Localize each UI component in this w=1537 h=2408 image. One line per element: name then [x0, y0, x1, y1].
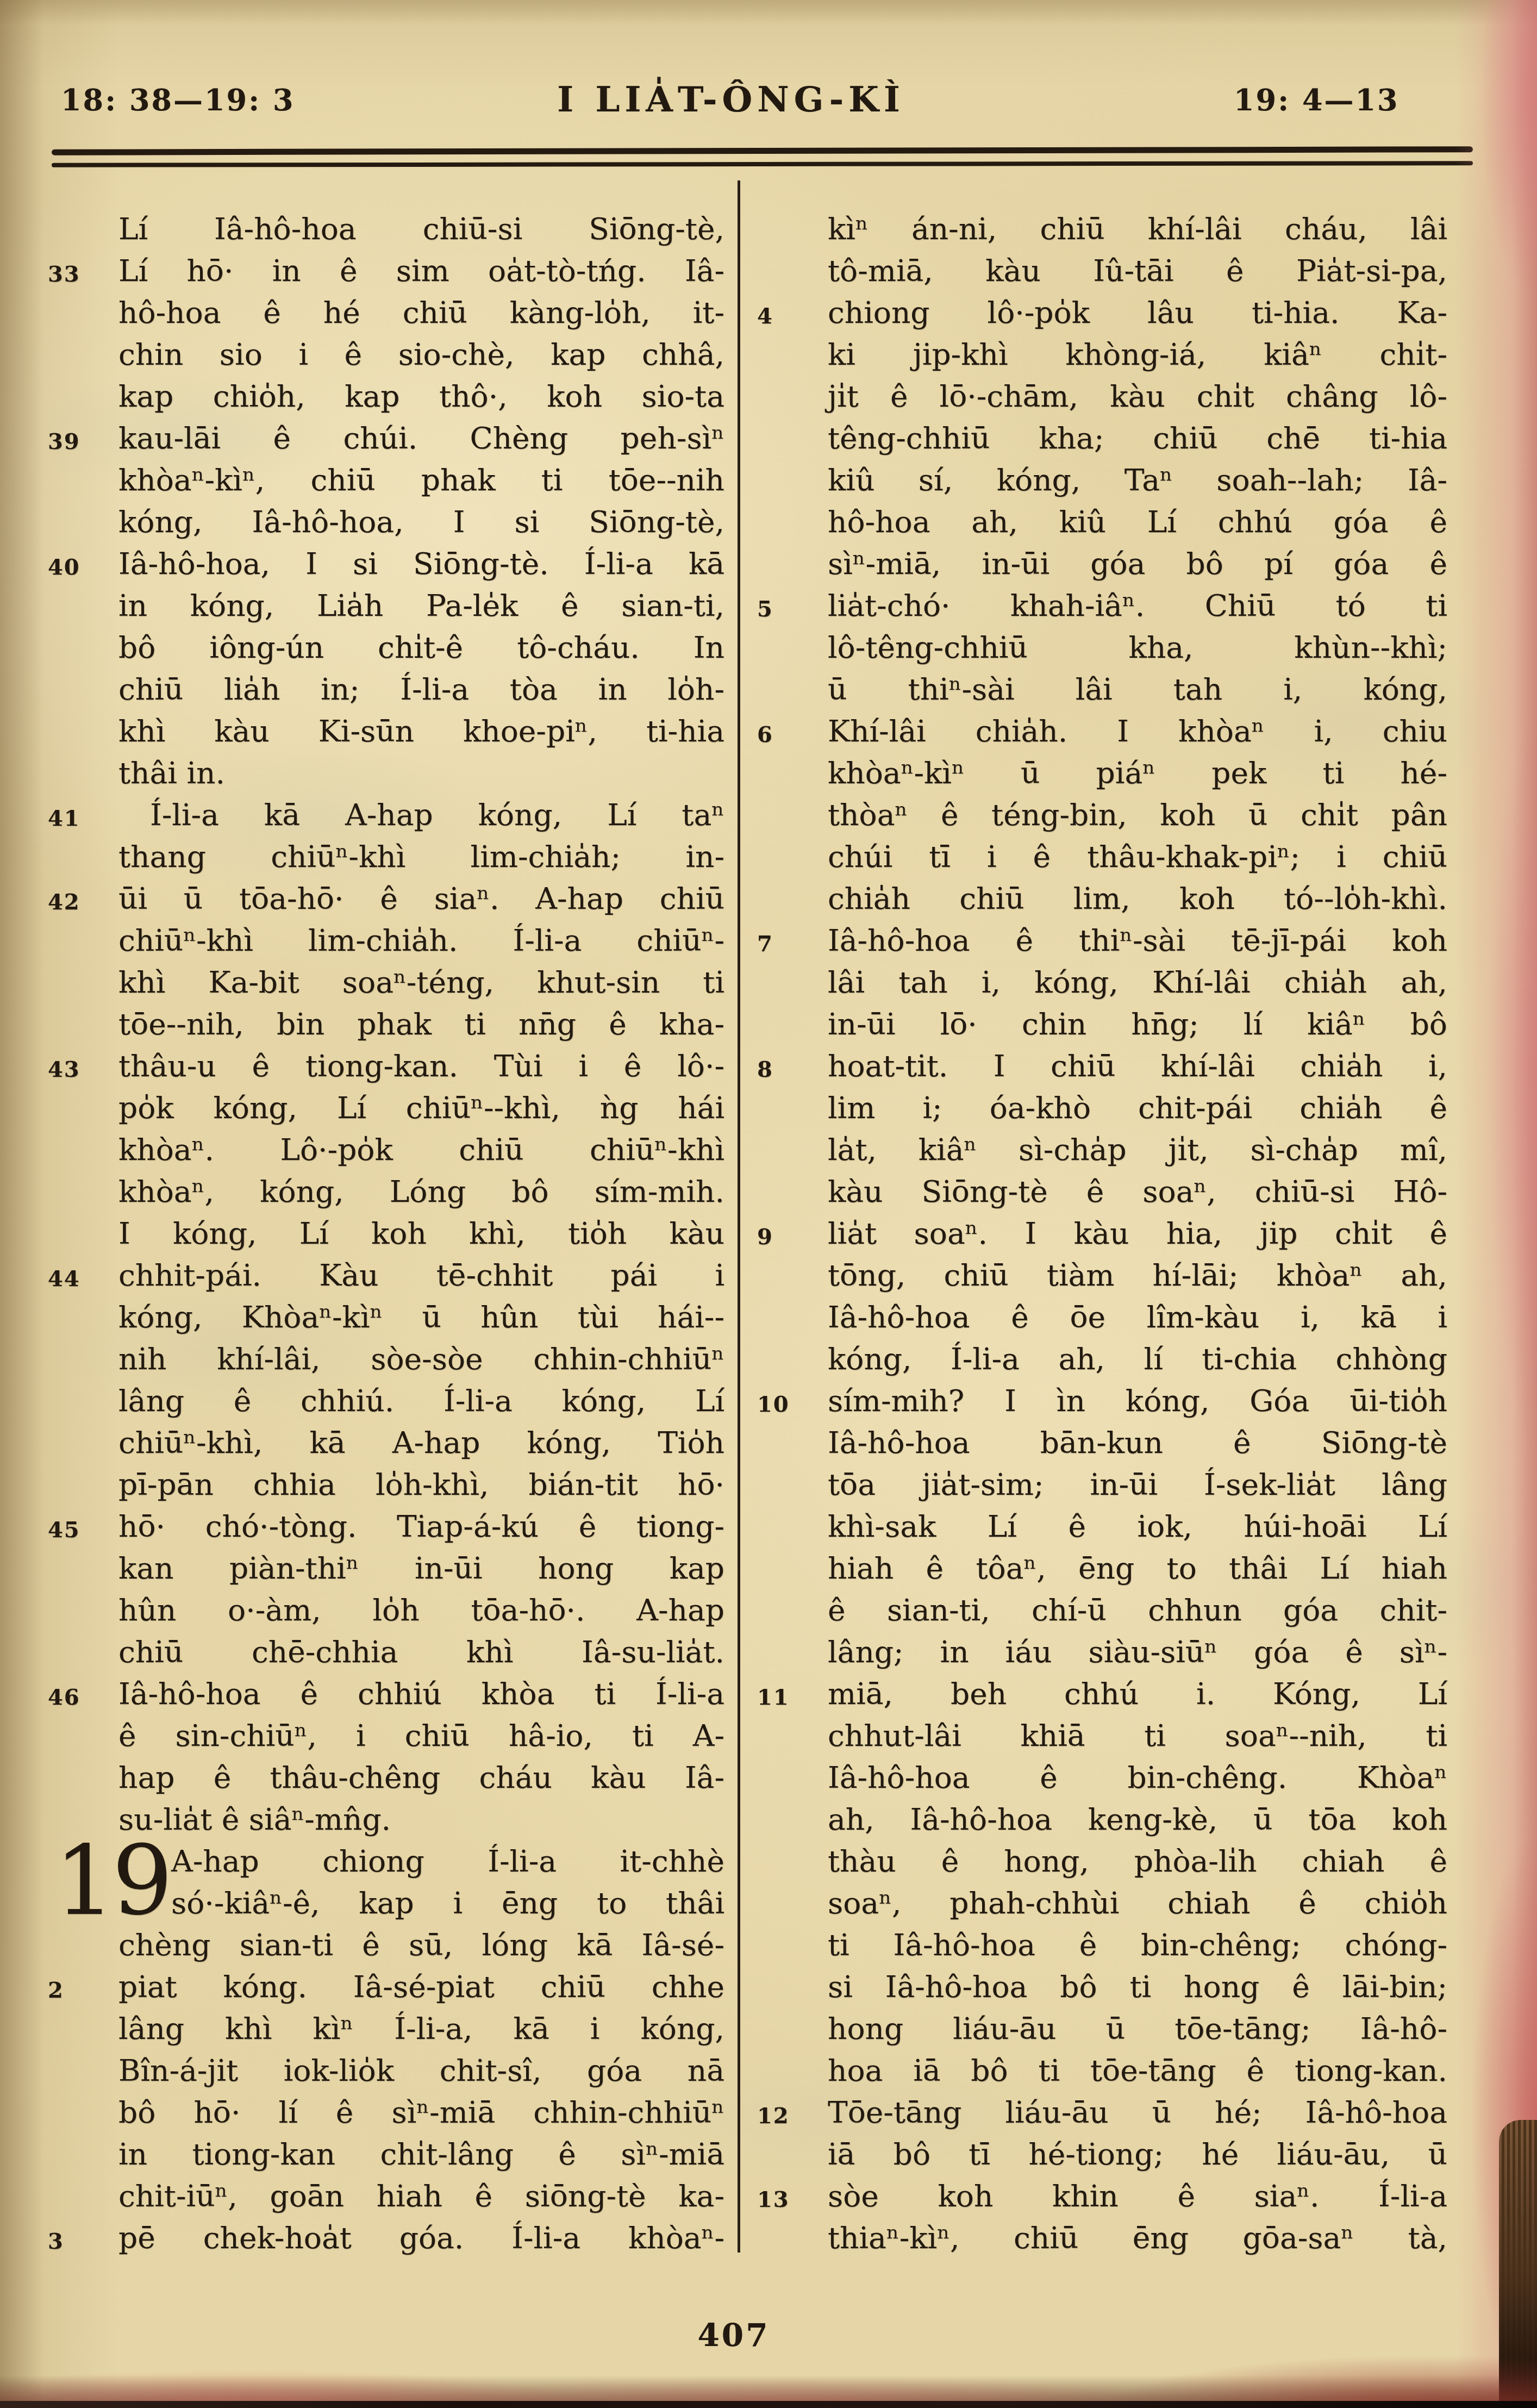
verse-text: Lí Iâ-hô-hoa chiū-si Siōng-tè,	[118, 211, 724, 246]
verse-text: in tiong-kan chi̍t-lâng ê sìⁿ-miā	[118, 2137, 724, 2172]
verse-text: chit-iūⁿ, goān hiah ê siōng-tè ka-	[118, 2179, 724, 2213]
left-column-verses-18: Lí Iâ-hô-hoa chiū-si Siōng-tè,33Lí hō· i…	[118, 208, 724, 1841]
text-line: 43thâu-u ê tiong-kan. Tùi i ê lô·-	[118, 1045, 724, 1087]
verse-text: pē chek-hoa̍t góa. Í-li-a khòaⁿ-	[118, 2220, 724, 2255]
text-line: kap chio̍h, kap thô·, koh sio-ta	[118, 376, 724, 417]
text-line: la̍t, kiâⁿ sì-cha̍p ji̍t, sì-cha̍p mî,	[828, 1129, 1447, 1171]
verse-text: in kóng, Lia̍h Pa-le̍k ê sian-ti,	[118, 588, 724, 623]
verse-text: khì-sak Lí ê iok, húi-hoāi Lí	[828, 1509, 1447, 1544]
text-line: si Iâ-hô-hoa bô ti hong ê lāi-bin;	[828, 1966, 1447, 2008]
verse-text: lâng khì kìⁿ Í-li-a, kā i kóng,	[118, 2011, 724, 2046]
text-line: 6Khí-lâi chia̍h. I khòaⁿ i, chiu	[828, 710, 1447, 752]
verse-number: 8	[757, 1049, 773, 1090]
text-line: 2piat kóng. Iâ-sé-piat chiū chhe	[118, 1966, 724, 2008]
verse-text: tōa jia̍t-sim; in-ūi Í-sek-lia̍t lâng	[828, 1467, 1447, 1502]
text-line: chit-iūⁿ, goān hiah ê siōng-tè ka-	[118, 2175, 724, 2217]
verse-text: kóng, Khòaⁿ-kìⁿ ū hûn tùi hái--	[118, 1300, 724, 1334]
text-line: 13sòe koh khin ê siaⁿ. Í-li-a	[828, 2175, 1447, 2217]
text-line: 39kau-lāi ê chúi. Chèng peh-sìⁿ	[118, 417, 724, 459]
text-line: in-ūi lō· chin hn̄g; lí kiâⁿ bô	[828, 1003, 1447, 1045]
text-line: 41Í-li-a kā A-hap kóng, Lí taⁿ	[118, 794, 724, 836]
verse-number: 5	[757, 588, 773, 630]
chapter-start: 19 A-hap chiong Í-li-a it-chhè só·-kiâⁿ-…	[118, 1841, 724, 1924]
verse-text: in-ūi lō· chin hn̄g; lí kiâⁿ bô	[828, 1007, 1447, 1041]
chapter-number: 19	[54, 1841, 171, 1924]
text-line: 45hō· chó·-tòng. Tiap-á-kú ê tiong-	[118, 1506, 724, 1548]
text-line: ah, Iâ-hô-hoa keng-kè, ū tōa koh	[828, 1799, 1447, 1841]
red-dyed-edge-right	[1455, 0, 1537, 2408]
verse-text: chiū lia̍h in; Í-li-a tòa in lo̍h-	[118, 672, 724, 707]
chapter-first-lines: A-hap chiong Í-li-a it-chhè só·-kiâⁿ-ê, …	[171, 1841, 724, 1924]
verse-text: ūi ū tōa-hō· ê siaⁿ. A-hap chiū	[118, 881, 724, 916]
text-line: 44chhit-pái. Kàu tē-chhit pái i	[118, 1255, 724, 1296]
text-line: kóng, Iâ-hô-hoa, I si Siōng-tè,	[118, 501, 724, 543]
column-divider	[738, 180, 740, 2253]
verse-text: chèng sian-ti ê sū, lóng kā Iâ-sé-	[118, 1927, 724, 1962]
text-line: thâi in.	[118, 752, 724, 794]
text-line: su-lia̍t ê siâⁿ-mn̂g.	[118, 1799, 724, 1841]
text-line: ū thiⁿ-sài lâi tah i, kóng,	[828, 669, 1447, 710]
verse-text: thang chiūⁿ-khì lim-chia̍h; in-	[118, 839, 724, 874]
text-line: hap ê thâu-chêng cháu kàu Iâ-	[118, 1757, 724, 1799]
verse-number: 13	[757, 2179, 790, 2220]
verse-text: sìⁿ-miā, in-ūi góa bô pí góa ê	[828, 546, 1447, 581]
text-line: lâng; in iáu siàu-siūⁿ góa ê sìⁿ-	[828, 1631, 1447, 1673]
text-line: ji̍t ê lō·-chām, kàu chi̍t châng lô-	[828, 376, 1447, 417]
text-line: 42ūi ū tōa-hō· ê siaⁿ. A-hap chiū	[118, 878, 724, 920]
left-column: Lí Iâ-hô-hoa chiū-si Siōng-tè,33Lí hō· i…	[118, 208, 724, 2259]
verse-text: khòaⁿ, kóng, Lóng bô sím-mih.	[118, 1174, 724, 1209]
verse-text: kàu Siōng-tè ê soaⁿ, chiū-si Hô-	[828, 1174, 1447, 1209]
verse-number: 6	[757, 714, 773, 756]
text-line: hong liáu-āu ū tōe-tāng; Iâ-hô-	[828, 2008, 1447, 2050]
text-line: 4chiong lô·-po̍k lâu ti-hia. Ka-	[828, 292, 1447, 334]
verse-text: Iâ-hô-hoa ê thiⁿ-sài tē-jī-pái koh	[828, 923, 1447, 958]
verse-text: lia̍t soaⁿ. I kàu hia, jip chi̍t ê	[828, 1216, 1447, 1251]
text-line: chúi tī i ê thâu-khak-piⁿ; i chiū	[828, 836, 1447, 878]
verse-text: hô-hoa ah, kiû Lí chhú góa ê	[828, 504, 1447, 539]
verse-text: têng-chhiū kha; chiū chē ti-hia	[828, 421, 1447, 456]
verse-text: khì kàu Ki-sūn khoe-piⁿ, ti-hia	[118, 714, 724, 748]
text-line: tô-miā, kàu Iû-tāi ê Pia̍t-si-pa,	[828, 250, 1447, 292]
verse-number: 33	[48, 253, 80, 295]
text-line: lâi tah i, kóng, Khí-lâi chia̍h ah,	[828, 962, 1447, 1003]
book-edge-bottom	[0, 2401, 1537, 2408]
text-line: hô-hoa ah, kiû Lí chhú góa ê	[828, 501, 1447, 543]
verse-text: hûn o·-àm, lo̍h tōa-hō·. A-hap	[118, 1593, 724, 1627]
verse-text: si Iâ-hô-hoa bô ti hong ê lāi-bin;	[828, 1969, 1447, 2004]
text-line: lâng ê chhiú. Í-li-a kóng, Lí	[118, 1380, 724, 1422]
text-line: chin sio i ê sio-chè, kap chhâ,	[118, 334, 724, 376]
verse-text: lâng; in iáu siàu-siūⁿ góa ê sìⁿ-	[828, 1635, 1447, 1669]
text-line: tōng, chiū tiàm hí-lāi; khòaⁿ ah,	[828, 1255, 1447, 1296]
verse-text: piat kóng. Iâ-sé-piat chiū chhe	[118, 1969, 724, 2004]
text-line: Iâ-hô-hoa ê ōe lîm-kàu i, kā i	[828, 1296, 1447, 1338]
text-line: 9lia̍t soaⁿ. I kàu hia, jip chi̍t ê	[828, 1213, 1447, 1255]
verse-text: po̍k kóng, Lí chiūⁿ--khì, ǹg hái	[118, 1090, 724, 1125]
verse-number: 12	[757, 2095, 790, 2137]
verse-text: Tōe-tāng liáu-āu ū hé; Iâ-hô-hoa	[828, 2095, 1447, 2130]
verse-text: bô iông-ún chi̍t-ê tô-cháu. In	[118, 630, 724, 665]
page-title: I LIA̍T-ÔNG-KÌ	[557, 79, 905, 120]
text-line: thòaⁿ ê téng-bin, koh ū chi̍t pân	[828, 794, 1447, 836]
text-line: 7Iâ-hô-hoa ê thiⁿ-sài tē-jī-pái koh	[828, 920, 1447, 962]
verse-text: khòaⁿ. Lô·-po̍k chiū chiūⁿ-khì	[118, 1132, 724, 1167]
verse-text: tô-miā, kàu Iû-tāi ê Pia̍t-si-pa,	[828, 253, 1447, 288]
verse-number: 43	[48, 1049, 80, 1090]
text-line: iā bô tī hé-tiong; hé liáu-āu, ū	[828, 2133, 1447, 2175]
text-line: bô hō· lí ê sìⁿ-miā chhin-chhiūⁿ	[118, 2092, 724, 2133]
verse-text: soaⁿ, phah-chhùi chiah ê chio̍h	[828, 1886, 1447, 1920]
verse-text: lâng ê chhiú. Í-li-a kóng, Lí	[118, 1383, 724, 1418]
verse-text: lâi tah i, kóng, Khí-lâi chia̍h ah,	[828, 965, 1447, 1000]
verse-text: hoat-tit. I chiū khí-lâi chia̍h i,	[828, 1049, 1447, 1083]
text-line: in kóng, Lia̍h Pa-le̍k ê sian-ti,	[118, 585, 724, 627]
verse-text: Í-li-a kā A-hap kóng, Lí taⁿ	[150, 797, 724, 832]
verse-text: chiong lô·-po̍k lâu ti-hia. Ka-	[828, 295, 1447, 330]
text-line: hoa iā bô ti tōe-tāng ê tiong-kan.	[828, 2050, 1447, 2092]
verse-text: lim i; óa-khò chit-pái chia̍h ê	[828, 1090, 1447, 1125]
text-line: lâng khì kìⁿ Í-li-a, kā i kóng,	[118, 2008, 724, 2050]
verse-text: Khí-lâi chia̍h. I khòaⁿ i, chiu	[828, 714, 1447, 748]
verse-number: 2	[48, 1969, 64, 2011]
verse-text: thòaⁿ ê téng-bin, koh ū chi̍t pân	[828, 797, 1447, 832]
verse-text: chiū chē-chhia khì Iâ-su-lia̍t.	[118, 1635, 724, 1669]
text-line: khòaⁿ, kóng, Lóng bô sím-mih.	[118, 1171, 724, 1213]
verse-text: khòaⁿ-kìⁿ, chiū phak ti tōe--nih	[118, 463, 724, 497]
verse-text: hō· chó·-tòng. Tiap-á-kú ê tiong-	[118, 1509, 724, 1544]
verse-text: chin sio i ê sio-chè, kap chhâ,	[118, 337, 724, 372]
text-line: khì-sak Lí ê iok, húi-hoāi Lí	[828, 1506, 1447, 1548]
verse-text: la̍t, kiâⁿ sì-cha̍p ji̍t, sì-cha̍p mî,	[828, 1132, 1447, 1167]
text-line: kóng, Í-li-a ah, lí ti-chia chhòng	[828, 1338, 1447, 1380]
verse-text: chúi tī i ê thâu-khak-piⁿ; i chiū	[828, 839, 1447, 874]
text-line: kàu Siōng-tè ê soaⁿ, chiū-si Hô-	[828, 1171, 1447, 1213]
verse-text: sòe koh khin ê siaⁿ. Í-li-a	[828, 2179, 1447, 2213]
verse-text: ū thiⁿ-sài lâi tah i, kóng,	[828, 672, 1447, 707]
verse-text: thâi in.	[118, 756, 225, 790]
verse-number: 4	[757, 295, 773, 337]
text-line: 12Tōe-tāng liáu-āu ū hé; Iâ-hô-hoa	[828, 2092, 1447, 2133]
text-line: khòaⁿ. Lô·-po̍k chiū chiūⁿ-khì	[118, 1129, 724, 1171]
verse-text: thiaⁿ-kìⁿ, chiū ēng gōa-saⁿ tà,	[828, 2220, 1447, 2255]
text-line: têng-chhiū kha; chiū chē ti-hia	[828, 417, 1447, 459]
verse-text: hap ê thâu-chêng cháu kàu Iâ-	[118, 1760, 724, 1795]
verse-text: chhit-pái. Kàu tē-chhit pái i	[118, 1258, 724, 1293]
right-column: kìⁿ án-ni, chiū khí-lâi cháu, lâitô-miā,…	[828, 208, 1447, 2259]
edge-shadow-top	[0, 0, 1537, 25]
text-line: sìⁿ-miā, in-ūi góa bô pí góa ê	[828, 543, 1447, 585]
text-line: ê sin-chiūⁿ, i chiū hâ-io, ti A-	[118, 1715, 724, 1757]
text-line: Iâ-hô-hoa bān-kun ê Siōng-tè	[828, 1422, 1447, 1464]
text-line: thiaⁿ-kìⁿ, chiū ēng gōa-saⁿ tà,	[828, 2217, 1447, 2259]
text-line: chiūⁿ-khì, kā A-hap kóng, Tio̍h	[118, 1422, 724, 1464]
text-line: hiah ê tôaⁿ, ēng to thâi Lí hiah	[828, 1548, 1447, 1589]
verse-text: chiūⁿ-khì, kā A-hap kóng, Tio̍h	[118, 1425, 724, 1460]
text-line: chhut-lâi khiā ti soaⁿ--nih, ti	[828, 1715, 1447, 1757]
text-line: thang chiūⁿ-khì lim-chia̍h; in-	[118, 836, 724, 878]
verse-text: hô-hoa ê hé chiū kàng-lo̍h, it-	[118, 295, 724, 330]
verse-number: 7	[757, 923, 773, 965]
text-line: ki jip-khì khòng-iá, kiâⁿ chi̍t-	[828, 334, 1447, 376]
verse-text: Iâ-hô-hoa ê ōe lîm-kàu i, kā i	[828, 1300, 1447, 1334]
text-line: hûn o·-àm, lo̍h tōa-hō·. A-hap	[118, 1589, 724, 1631]
text-line: kiû sí, kóng, Taⁿ soah--lah; Iâ-	[828, 459, 1447, 501]
left-column-verses-19: chèng sian-ti ê sū, lóng kā Iâ-sé-2piat …	[118, 1924, 724, 2259]
verse-text: tōng, chiū tiàm hí-lāi; khòaⁿ ah,	[828, 1258, 1447, 1293]
text-line: ti Iâ-hô-hoa ê bin-chêng; chóng-	[828, 1924, 1447, 1966]
text-line: in tiong-kan chi̍t-lâng ê sìⁿ-miā	[118, 2133, 724, 2175]
text-line: kóng, Khòaⁿ-kìⁿ ū hûn tùi hái--	[118, 1296, 724, 1338]
verse-text: Bîn-á-jit iok-lio̍k chit-sî, góa nā	[118, 2053, 724, 2088]
text-line: 5lia̍t-chó· khah-iâⁿ. Chiū tó ti	[828, 585, 1447, 627]
verse-number: 9	[757, 1216, 773, 1258]
text-line: 8hoat-tit. I chiū khí-lâi chia̍h i,	[828, 1045, 1447, 1087]
verse-text: Iâ-hô-hoa ê chhiú khòa ti Í-li-a	[118, 1676, 724, 1711]
verse-number: 10	[757, 1383, 790, 1425]
verse-text: só·-kiâⁿ-ê, kap i ēng to thâi	[171, 1882, 724, 1924]
verse-text: hong liáu-āu ū tōe-tāng; Iâ-hô-	[828, 2011, 1447, 2046]
text-line: tōe--nih, bin phak ti nn̄g ê kha-	[118, 1003, 724, 1045]
verse-text: kóng, Í-li-a ah, lí ti-chia chhòng	[828, 1342, 1447, 1376]
verse-text: A-hap chiong Í-li-a it-chhè	[171, 1841, 724, 1882]
text-line: 3pē chek-hoa̍t góa. Í-li-a khòaⁿ-	[118, 2217, 724, 2259]
verse-text: chhut-lâi khiā ti soaⁿ--nih, ti	[828, 1718, 1447, 1753]
verse-text: kan piàn-thiⁿ in-ūi hong kap	[118, 1551, 724, 1586]
header-verse-range-left: 18: 38—19: 3	[61, 83, 295, 117]
text-line: lim i; óa-khò chit-pái chia̍h ê	[828, 1087, 1447, 1129]
verse-text: thâu-u ê tiong-kan. Tùi i ê lô·-	[118, 1049, 724, 1083]
verse-number: 40	[48, 546, 80, 588]
verse-text: ah, Iâ-hô-hoa keng-kè, ū tōa koh	[828, 1802, 1447, 1837]
verse-text: thàu ê hong, phòa-li̍h chiah ê	[828, 1844, 1447, 1879]
verse-number: 39	[48, 421, 80, 463]
verse-number: 45	[48, 1509, 80, 1551]
verse-text: lô-têng-chhiū kha, khùn--khì;	[828, 630, 1447, 665]
text-line: nih khí-lâi, sòe-sòe chhin-chhiūⁿ	[118, 1338, 724, 1380]
text-line: tōa jia̍t-sim; in-ūi Í-sek-lia̍t lâng	[828, 1464, 1447, 1506]
verse-number: 11	[757, 1676, 790, 1718]
text-line: Iâ-hô-hoa ê bin-chêng. Khòaⁿ	[828, 1757, 1447, 1799]
header-verse-range-right: 19: 4—13	[1234, 83, 1399, 117]
verse-text: Iâ-hô-hoa, I si Siōng-tè. Í-li-a kā	[118, 546, 724, 581]
text-line: 46Iâ-hô-hoa ê chhiú khòa ti Í-li-a	[118, 1673, 724, 1715]
text-line: lô-têng-chhiū kha, khùn--khì;	[828, 627, 1447, 669]
verse-number: 3	[48, 2220, 64, 2262]
verse-text: iā bô tī hé-tiong; hé liáu-āu, ū	[828, 2137, 1447, 2172]
text-line: po̍k kóng, Lí chiūⁿ--khì, ǹg hái	[118, 1087, 724, 1129]
verse-text: nih khí-lâi, sòe-sòe chhin-chhiūⁿ	[118, 1342, 724, 1376]
verse-text: bô hō· lí ê sìⁿ-miā chhin-chhiūⁿ	[118, 2095, 724, 2130]
verse-text: chiūⁿ-khì lim-chia̍h. Í-li-a chiūⁿ-	[118, 923, 724, 958]
verse-text: ji̍t ê lō·-chām, kàu chi̍t châng lô-	[828, 379, 1447, 414]
verse-number: 42	[48, 881, 80, 923]
text-line: chia̍h chiū lim, koh tó--lo̍h-khì.	[828, 878, 1447, 920]
verse-text: tōe--nih, bin phak ti nn̄g ê kha-	[118, 1007, 724, 1041]
verse-text: sím-mih? I ìn kóng, Góa ūi-tio̍h	[828, 1383, 1447, 1418]
text-line: 40Iâ-hô-hoa, I si Siōng-tè. Í-li-a kā	[118, 543, 724, 585]
verse-text: ê sin-chiūⁿ, i chiū hâ-io, ti A-	[118, 1718, 724, 1753]
verse-text: chia̍h chiū lim, koh tó--lo̍h-khì.	[828, 881, 1447, 916]
verse-text: kóng, Iâ-hô-hoa, I si Siōng-tè,	[118, 504, 724, 539]
text-line: Lí Iâ-hô-hoa chiū-si Siōng-tè,	[118, 208, 724, 250]
text-line: 11miā, beh chhú i. Kóng, Lí	[828, 1673, 1447, 1715]
verse-text: miā, beh chhú i. Kóng, Lí	[828, 1676, 1447, 1711]
header-rule-bottom	[52, 161, 1473, 167]
verse-text: ê sian-ti, chí-ū chhun góa chit-	[828, 1593, 1447, 1627]
page-number: 407	[697, 2317, 770, 2354]
text-line: chèng sian-ti ê sū, lóng kā Iâ-sé-	[118, 1924, 724, 1966]
verse-text: su-lia̍t ê siâⁿ-mn̂g.	[118, 1802, 391, 1837]
text-line: thàu ê hong, phòa-li̍h chiah ê	[828, 1841, 1447, 1882]
text-line: ê sian-ti, chí-ū chhun góa chit-	[828, 1589, 1447, 1631]
verse-text: lia̍t-chó· khah-iâⁿ. Chiū tó ti	[828, 588, 1447, 623]
verse-number: 41	[48, 797, 80, 839]
verse-text: kap chio̍h, kap thô·, koh sio-ta	[118, 379, 724, 414]
text-line: bô iông-ún chi̍t-ê tô-cháu. In	[118, 627, 724, 669]
text-line: 10sím-mih? I ìn kóng, Góa ūi-tio̍h	[828, 1380, 1447, 1422]
page-stack-edge	[1499, 2120, 1537, 2408]
verse-text: Lí hō· in ê sim oa̍t-tò-tńg. Iâ-	[118, 253, 724, 288]
text-line: 33Lí hō· in ê sim oa̍t-tò-tńg. Iâ-	[118, 250, 724, 292]
verse-text: Iâ-hô-hoa bān-kun ê Siōng-tè	[828, 1425, 1447, 1460]
verse-text: kau-lāi ê chúi. Chèng peh-sìⁿ	[118, 421, 724, 456]
text-line: I kóng, Lí koh khì, tio̍h kàu	[118, 1213, 724, 1255]
verse-text: kìⁿ án-ni, chiū khí-lâi cháu, lâi	[828, 211, 1447, 246]
text-line: khì Ka-bit soaⁿ-téng, khut-sin ti	[118, 962, 724, 1003]
verse-text: ti Iâ-hô-hoa ê bin-chêng; chóng-	[828, 1927, 1447, 1962]
text-line: khòaⁿ-kìⁿ ū piáⁿ pek ti hé-	[828, 752, 1447, 794]
text-line: chiū lia̍h in; Í-li-a tòa in lo̍h-	[118, 669, 724, 710]
text-line: chiūⁿ-khì lim-chia̍h. Í-li-a chiūⁿ-	[118, 920, 724, 962]
text-line: hô-hoa ê hé chiū kàng-lo̍h, it-	[118, 292, 724, 334]
verse-text: pī-pān chhia lo̍h-khì, bián-tit hō·	[118, 1467, 724, 1502]
gutter-shadow-left	[0, 0, 43, 2408]
header-rule-top	[52, 146, 1473, 155]
verse-number: 44	[48, 1258, 80, 1300]
text-line: khì kàu Ki-sūn khoe-piⁿ, ti-hia	[118, 710, 724, 752]
text-line: soaⁿ, phah-chhùi chiah ê chio̍h	[828, 1882, 1447, 1924]
verse-text: hiah ê tôaⁿ, ēng to thâi Lí hiah	[828, 1551, 1447, 1586]
verse-text: kiû sí, kóng, Taⁿ soah--lah; Iâ-	[828, 463, 1447, 497]
text-line: khòaⁿ-kìⁿ, chiū phak ti tōe--nih	[118, 459, 724, 501]
text-line: Bîn-á-jit iok-lio̍k chit-sî, góa nā	[118, 2050, 724, 2092]
verse-text: ki jip-khì khòng-iá, kiâⁿ chi̍t-	[828, 337, 1447, 372]
verse-text: hoa iā bô ti tōe-tāng ê tiong-kan.	[828, 2053, 1447, 2088]
verse-text: khòaⁿ-kìⁿ ū piáⁿ pek ti hé-	[828, 756, 1447, 790]
text-line: chiū chē-chhia khì Iâ-su-lia̍t.	[118, 1631, 724, 1673]
verse-number: 46	[48, 1676, 80, 1718]
verse-text: Iâ-hô-hoa ê bin-chêng. Khòaⁿ	[828, 1760, 1447, 1795]
verse-text: I kóng, Lí koh khì, tio̍h kàu	[118, 1216, 724, 1251]
verse-text: khì Ka-bit soaⁿ-téng, khut-sin ti	[118, 965, 724, 1000]
text-line: kìⁿ án-ni, chiū khí-lâi cháu, lâi	[828, 208, 1447, 250]
text-line: pī-pān chhia lo̍h-khì, bián-tit hō·	[118, 1464, 724, 1506]
text-line: kan piàn-thiⁿ in-ūi hong kap	[118, 1548, 724, 1589]
